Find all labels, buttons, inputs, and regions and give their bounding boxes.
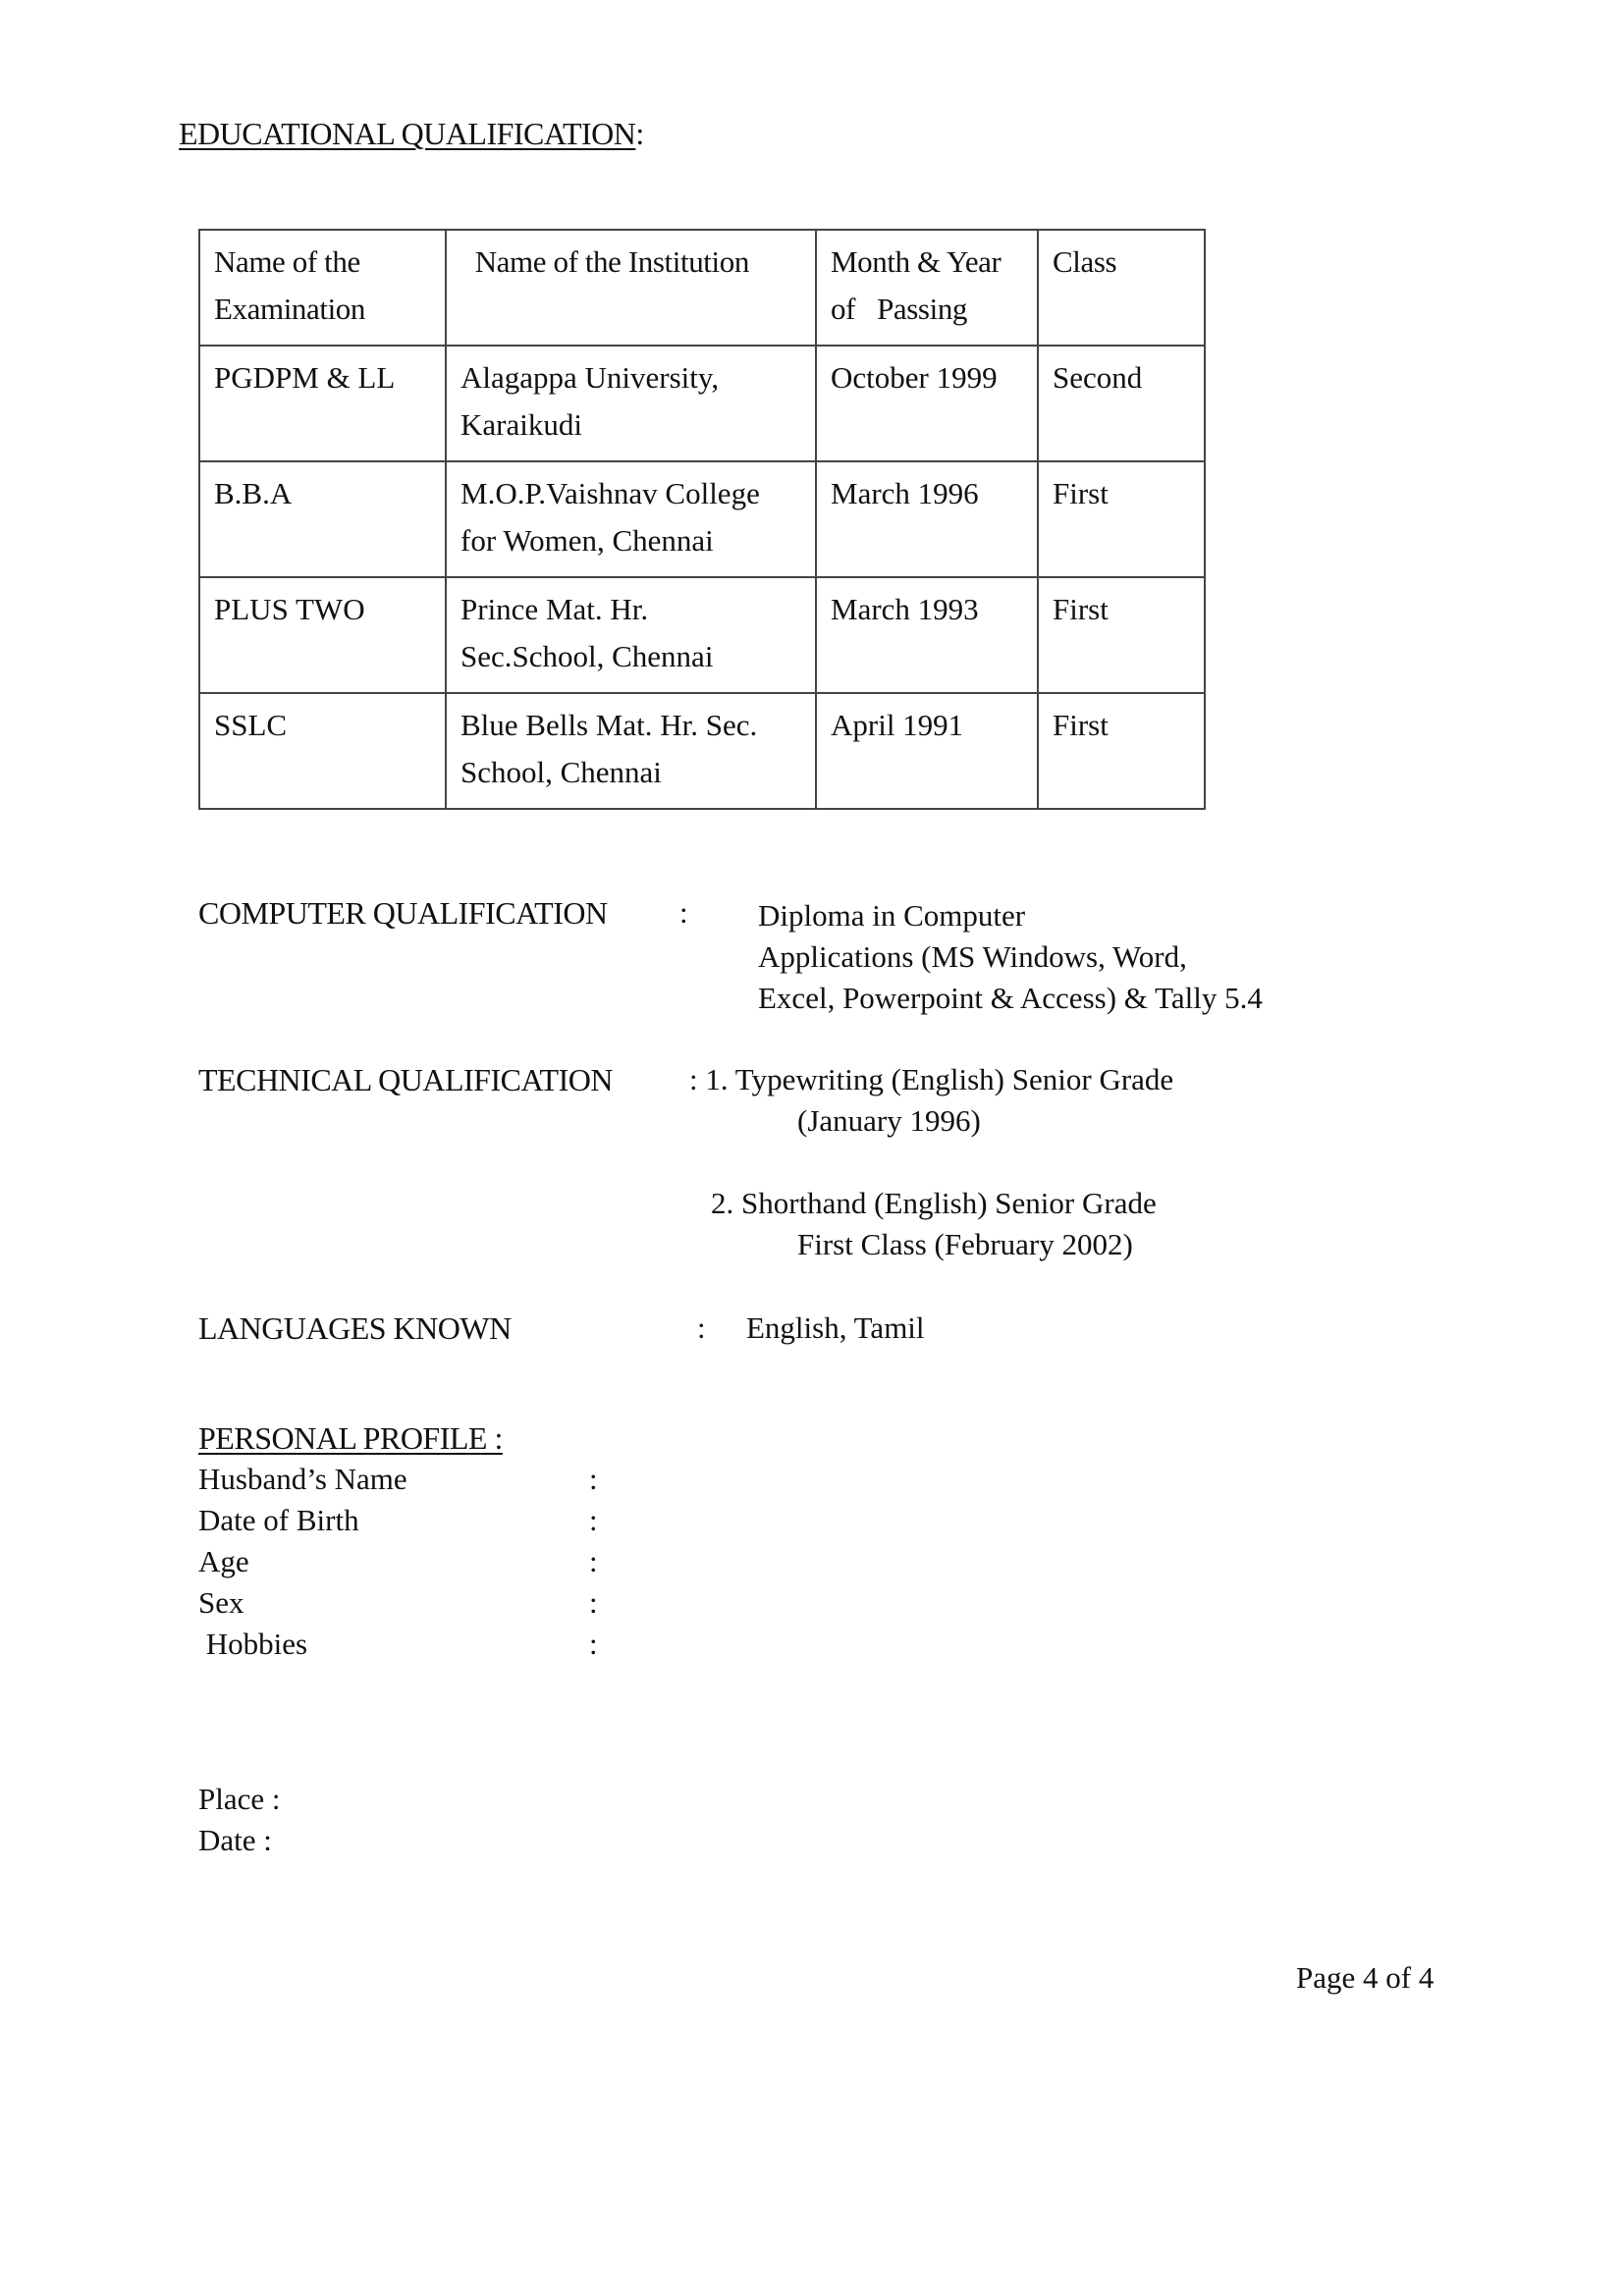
- cell-exam: PLUS TWO: [199, 577, 446, 693]
- education-table: Name of theExamination Name of the Insti…: [198, 229, 1206, 810]
- date-of-birth-label: Date of Birth: [198, 1503, 359, 1538]
- age-colon: :: [589, 1544, 598, 1579]
- header-text: Month & Year: [831, 239, 1023, 286]
- header-text: of Passing: [831, 286, 1023, 333]
- cell-exam: B.B.A: [199, 461, 446, 577]
- hobbies-label: Hobbies: [198, 1627, 307, 1662]
- cell-institution: M.O.P.Vaishnav Collegefor Women, Chennai: [446, 461, 816, 577]
- sex-label: Sex: [198, 1585, 244, 1621]
- value-line: Applications (MS Windows, Word,: [758, 936, 1263, 978]
- cell-class: Second: [1038, 346, 1205, 461]
- cell-text: Prince Mat. Hr.: [460, 586, 801, 633]
- header-text: Examination: [214, 286, 431, 333]
- technical-qualification-label: TECHNICAL QUALIFICATION: [198, 1062, 613, 1098]
- cell-institution: Prince Mat. Hr.Sec.School, Chennai: [446, 577, 816, 693]
- technical-item-1-date: (January 1996): [797, 1103, 981, 1139]
- husband-name-colon: :: [589, 1462, 598, 1497]
- header-class: Class: [1038, 230, 1205, 346]
- cell-text: School, Chennai: [460, 749, 801, 796]
- table-header-row: Name of theExamination Name of the Insti…: [199, 230, 1205, 346]
- date-of-birth-colon: :: [589, 1503, 598, 1538]
- table-row: SSLC Blue Bells Mat. Hr. Sec.School, Che…: [199, 693, 1205, 809]
- languages-known-colon: :: [697, 1310, 706, 1346]
- personal-profile-heading: PERSONAL PROFILE :: [198, 1420, 503, 1457]
- value-line: Excel, Powerpoint & Access) & Tally 5.4: [758, 978, 1263, 1019]
- cell-month-year: October 1999: [816, 346, 1038, 461]
- cell-month-year: April 1991: [816, 693, 1038, 809]
- header-examination: Name of theExamination: [199, 230, 446, 346]
- date-label: Date :: [198, 1823, 272, 1858]
- header-text: Name of the: [214, 239, 431, 286]
- technical-item-1: : 1. Typewriting (English) Senior Grade: [689, 1062, 1173, 1097]
- technical-item-2: 2. Shorthand (English) Senior Grade: [711, 1186, 1157, 1221]
- husband-name-label: Husband’s Name: [198, 1462, 407, 1497]
- cell-text: M.O.P.Vaishnav College: [460, 470, 801, 517]
- table-row: PLUS TWO Prince Mat. Hr.Sec.School, Chen…: [199, 577, 1205, 693]
- header-institution: Name of the Institution: [446, 230, 816, 346]
- header-text: Name of the Institution: [460, 239, 801, 286]
- cell-class: First: [1038, 693, 1205, 809]
- languages-known-value: English, Tamil: [746, 1310, 925, 1346]
- educational-qualification-heading: EDUCATIONAL QUALIFICATION:: [179, 116, 644, 152]
- computer-qualification-value: Diploma in Computer Applications (MS Win…: [758, 895, 1263, 1019]
- table-row: PGDPM & LL Alagappa University,Karaikudi…: [199, 346, 1205, 461]
- cell-exam: SSLC: [199, 693, 446, 809]
- cell-institution: Alagappa University,Karaikudi: [446, 346, 816, 461]
- table-row: B.B.A M.O.P.Vaishnav Collegefor Women, C…: [199, 461, 1205, 577]
- header-month-year: Month & Yearof Passing: [816, 230, 1038, 346]
- cell-month-year: March 1996: [816, 461, 1038, 577]
- computer-qualification-label: COMPUTER QUALIFICATION: [198, 895, 608, 932]
- technical-item-2-detail: First Class (February 2002): [797, 1227, 1133, 1262]
- header-text: Class: [1053, 239, 1190, 286]
- cell-exam: PGDPM & LL: [199, 346, 446, 461]
- hobbies-colon: :: [589, 1627, 598, 1662]
- place-label: Place :: [198, 1782, 281, 1817]
- cell-month-year: March 1993: [816, 577, 1038, 693]
- cell-text: Sec.School, Chennai: [460, 633, 801, 680]
- languages-known-label: LANGUAGES KNOWN: [198, 1310, 512, 1347]
- cell-text: Alagappa University,: [460, 354, 801, 401]
- sex-colon: :: [589, 1585, 598, 1621]
- cell-text: Blue Bells Mat. Hr. Sec.: [460, 702, 801, 749]
- heading-text: EDUCATIONAL QUALIFICATION: [179, 116, 635, 151]
- page-number: Page 4 of 4: [1296, 1960, 1434, 1996]
- cell-text: for Women, Chennai: [460, 517, 801, 564]
- cell-text: Karaikudi: [460, 401, 801, 449]
- cell-class: First: [1038, 577, 1205, 693]
- cell-class: First: [1038, 461, 1205, 577]
- heading-colon: :: [635, 116, 643, 151]
- cell-institution: Blue Bells Mat. Hr. Sec.School, Chennai: [446, 693, 816, 809]
- value-line: Diploma in Computer: [758, 895, 1263, 936]
- age-label: Age: [198, 1544, 249, 1579]
- computer-qualification-colon: :: [679, 895, 688, 931]
